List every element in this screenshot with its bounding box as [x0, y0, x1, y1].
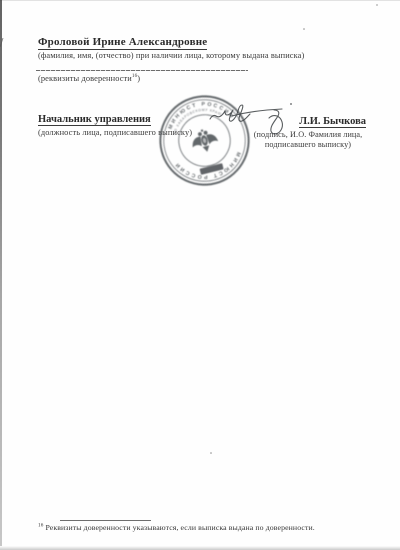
attorney-hint: (реквизиты доверенности16)	[38, 74, 140, 83]
scan-speck	[376, 4, 378, 6]
recipient-name: Фроловой Ирине Александровне	[38, 36, 207, 50]
scan-edge-bottom	[0, 546, 400, 550]
scan-edge-notch	[0, 38, 7, 47]
recipient-name-hint: (фамилия, имя, (отчество) при наличии ли…	[38, 51, 304, 60]
footnote: 16 Реквизиты доверенности указываются, е…	[38, 523, 315, 532]
scan-edge-left	[0, 0, 2, 550]
signature-graphic	[204, 92, 306, 140]
handwritten-signature	[204, 92, 306, 140]
footnote-separator-rule	[60, 520, 151, 521]
document-page: Фроловой Ирине Александровне (фамилия, и…	[0, 0, 400, 550]
footnote-number: 16	[38, 522, 43, 528]
scan-speck	[210, 452, 212, 454]
signer-name-hint-line2: подписавшего выписку)	[244, 140, 372, 149]
footnote-text: Реквизиты доверенности указываются, если…	[45, 523, 314, 532]
signatory-position: Начальник управления	[38, 114, 151, 126]
scan-edge-top	[0, 0, 400, 1]
scan-speck	[303, 28, 305, 30]
attorney-fill-line	[36, 70, 248, 71]
